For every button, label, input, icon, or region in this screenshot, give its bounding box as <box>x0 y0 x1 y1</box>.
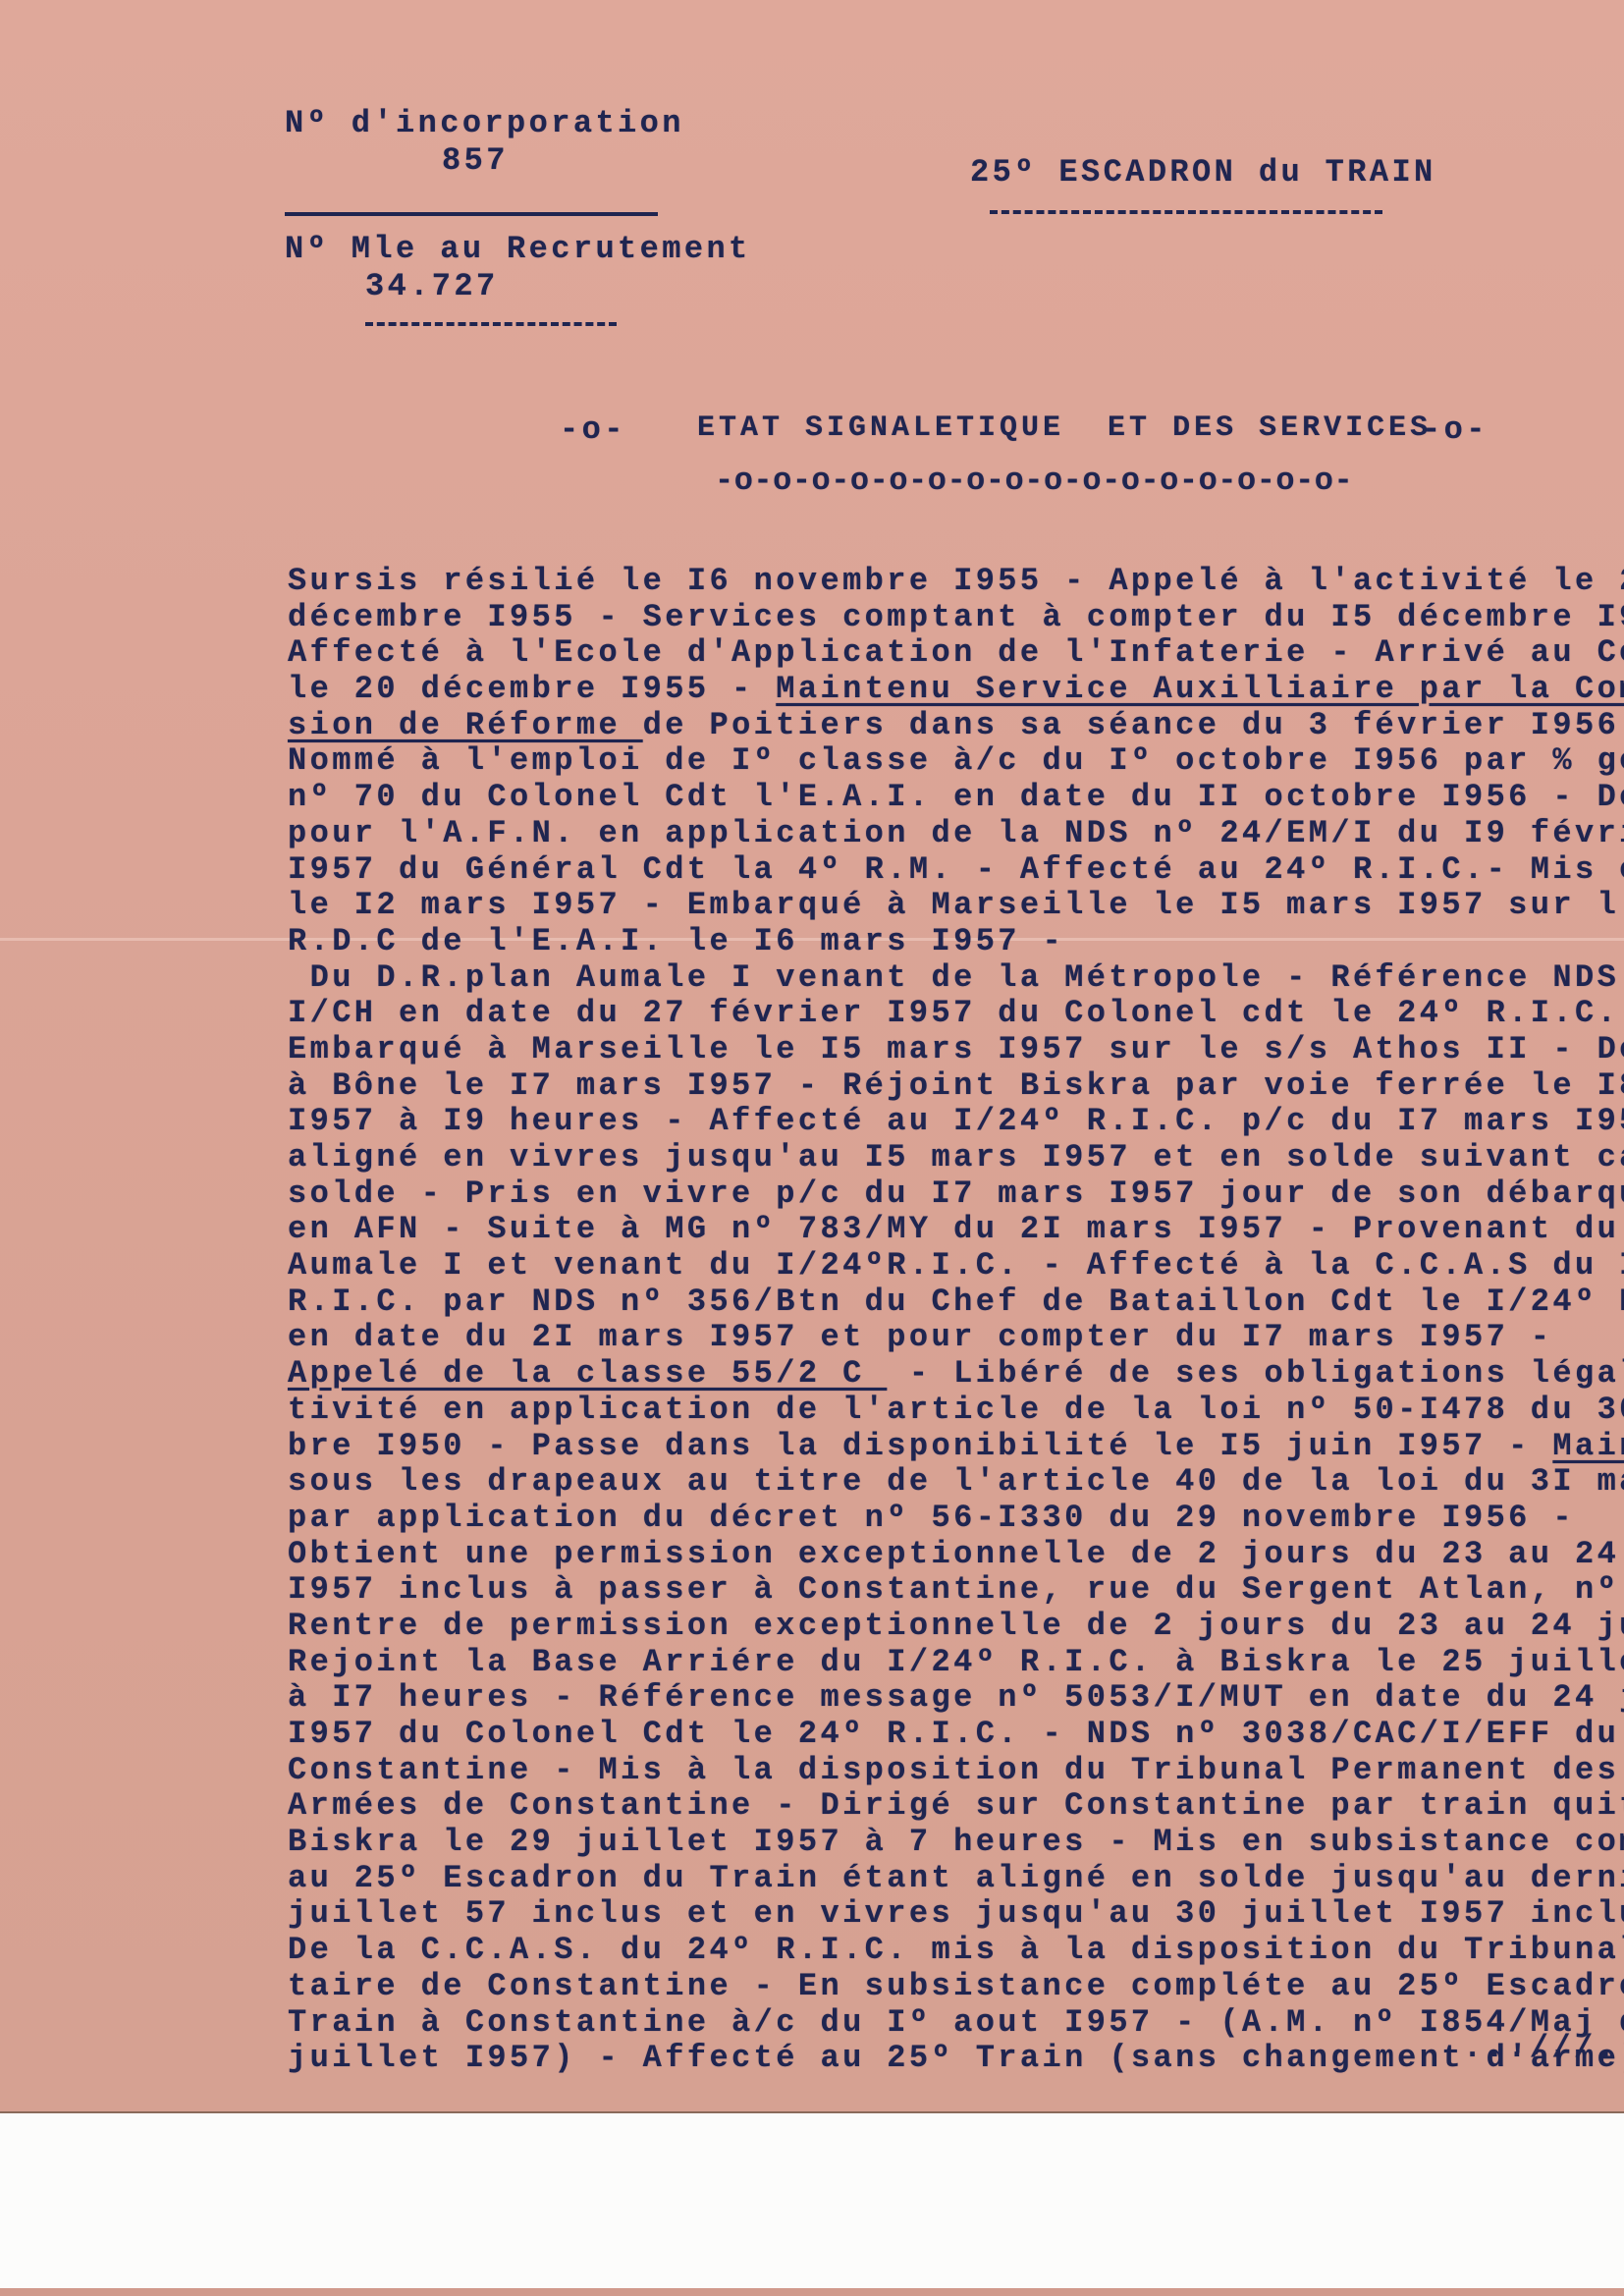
text-line: juillet I957) - Affecté au 25º Train (sa… <box>288 2041 1624 2077</box>
title-left-mark: -o- <box>560 412 626 449</box>
text-line: Sursis résilié le I6 novembre I955 - App… <box>288 564 1624 600</box>
text-line: Biskra le 29 juillet I957 à 7 heures - M… <box>288 1825 1624 1861</box>
underlined-text: sion de Réforme <box>288 707 643 743</box>
continuation-mark: ...///.. <box>1463 2031 1624 2067</box>
underlined-text: Maintenu <box>1552 1428 1624 1464</box>
incorporation-number: 857 <box>442 143 509 180</box>
text-line: en date du 2I mars I957 et pour compter … <box>288 1320 1624 1356</box>
text-line: solde - Pris en vivre p/c du I7 mars I95… <box>288 1176 1624 1213</box>
text-line: le I2 mars I957 - Embarqué à Marseille l… <box>288 888 1624 924</box>
service-record-body: Sursis résilié le I6 novembre I955 - App… <box>288 564 1624 2077</box>
text-line: aligné en vivres jusqu'au I5 mars I957 e… <box>288 1140 1624 1176</box>
text-line: le 20 décembre I955 - Maintenu Service A… <box>288 672 1624 708</box>
text-line: Embarqué à Marseille le I5 mars I957 sur… <box>288 1032 1624 1068</box>
text-line: en AFN - Suite à MG nº 783/MY du 2I mars… <box>288 1212 1624 1248</box>
text-line: Aumale I et venant du I/24ºR.I.C. - Affe… <box>288 1248 1624 1285</box>
scan-edge-strip <box>0 2288 1624 2296</box>
unit-underline <box>990 210 1382 214</box>
text-line: I957 à I9 heures - Affecté au I/24º R.I.… <box>288 1104 1624 1140</box>
text-line: sous les drapeaux au titre de l'article … <box>288 1464 1624 1501</box>
text-line: I/CH en date du 27 février I957 du Colon… <box>288 996 1624 1032</box>
header-separator-rule <box>285 212 658 216</box>
text-line: Constantine - Mis à la disposition du Tr… <box>288 1753 1624 1789</box>
text-line: Affecté à l'Ecole d'Application de l'Inf… <box>288 635 1624 672</box>
text-line: Du D.R.plan Aumale I venant de la Métrop… <box>288 960 1624 997</box>
text-line: Armées de Constantine - Dirigé sur Const… <box>288 1788 1624 1825</box>
text-line: à I7 heures - Référence message nº 5053/… <box>288 1680 1624 1717</box>
text-line: De la C.C.A.S. du 24º R.I.C. mis à la di… <box>288 1933 1624 1969</box>
recruitment-number: 34.727 <box>365 269 499 305</box>
text-line: Nommé à l'emploi de Iº classe à/c du Iº … <box>288 743 1624 780</box>
text-line: à Bône le I7 mars I957 - Réjoint Biskra … <box>288 1068 1624 1105</box>
text-line: pour l'A.F.N. en application de la NDS n… <box>288 816 1624 852</box>
title-divider: -o-o-o-o-o-o-o-o-o-o-o-o-o-o-o-o- <box>715 464 1353 500</box>
recruitment-label: Nº Mle au Recrutement <box>285 232 751 268</box>
unit-name: 25º ESCADRON du TRAIN <box>970 155 1436 191</box>
text-line: nº 70 du Colonel Cdt l'E.A.I. en date du… <box>288 780 1624 816</box>
text-line: sion de Réforme de Poitiers dans sa séan… <box>288 708 1624 744</box>
text-line: tivité en application de l'article de la… <box>288 1393 1624 1429</box>
text-line: I957 inclus à passer à Constantine, rue … <box>288 1572 1624 1609</box>
title-right-mark: -o- <box>1422 412 1489 449</box>
text-line: I957 du Colonel Cdt le 24º R.I.C. - NDS … <box>288 1717 1624 1753</box>
text-line: au 25º Escadron du Train étant aligné en… <box>288 1861 1624 1897</box>
text-line: Rentre de permission exceptionnelle de 2… <box>288 1609 1624 1645</box>
underlined-text: Appelé de la classe 55/2 C <box>288 1355 887 1392</box>
text-line: bre I950 - Passe dans la disponibilité l… <box>288 1429 1624 1465</box>
text-line: R.I.C. par NDS nº 356/Btn du Chef de Bat… <box>288 1285 1624 1321</box>
text-line: R.D.C de l'E.A.I. le I6 mars I957 - <box>288 924 1624 960</box>
incorporation-label: Nº d'incorporation <box>285 106 684 142</box>
text-line: Obtient une permission exceptionnelle de… <box>288 1537 1624 1573</box>
text-line: par application du décret nº 56-I330 du … <box>288 1501 1624 1537</box>
recruitment-underline <box>365 322 617 326</box>
document-title: ETAT SIGNALETIQUE ET DES SERVICES <box>697 410 1432 447</box>
underlined-text: Maintenu Service Auxilliaire par la Comm… <box>776 671 1624 707</box>
text-line: Appelé de la classe 55/2 C - Libéré de s… <box>288 1356 1624 1393</box>
text-line: décembre I955 - Services comptant à comp… <box>288 600 1624 636</box>
text-line: taire de Constantine - En subsistance co… <box>288 1969 1624 2005</box>
text-line: Rejoint la Base Arriére du I/24º R.I.C. … <box>288 1645 1624 1681</box>
text-line: I957 du Général Cdt la 4º R.M. - Affecté… <box>288 852 1624 889</box>
text-line: Train à Constantine à/c du Iº aout I957 … <box>288 2005 1624 2042</box>
text-line: juillet 57 inclus et en vivres jusqu'au … <box>288 1896 1624 1933</box>
